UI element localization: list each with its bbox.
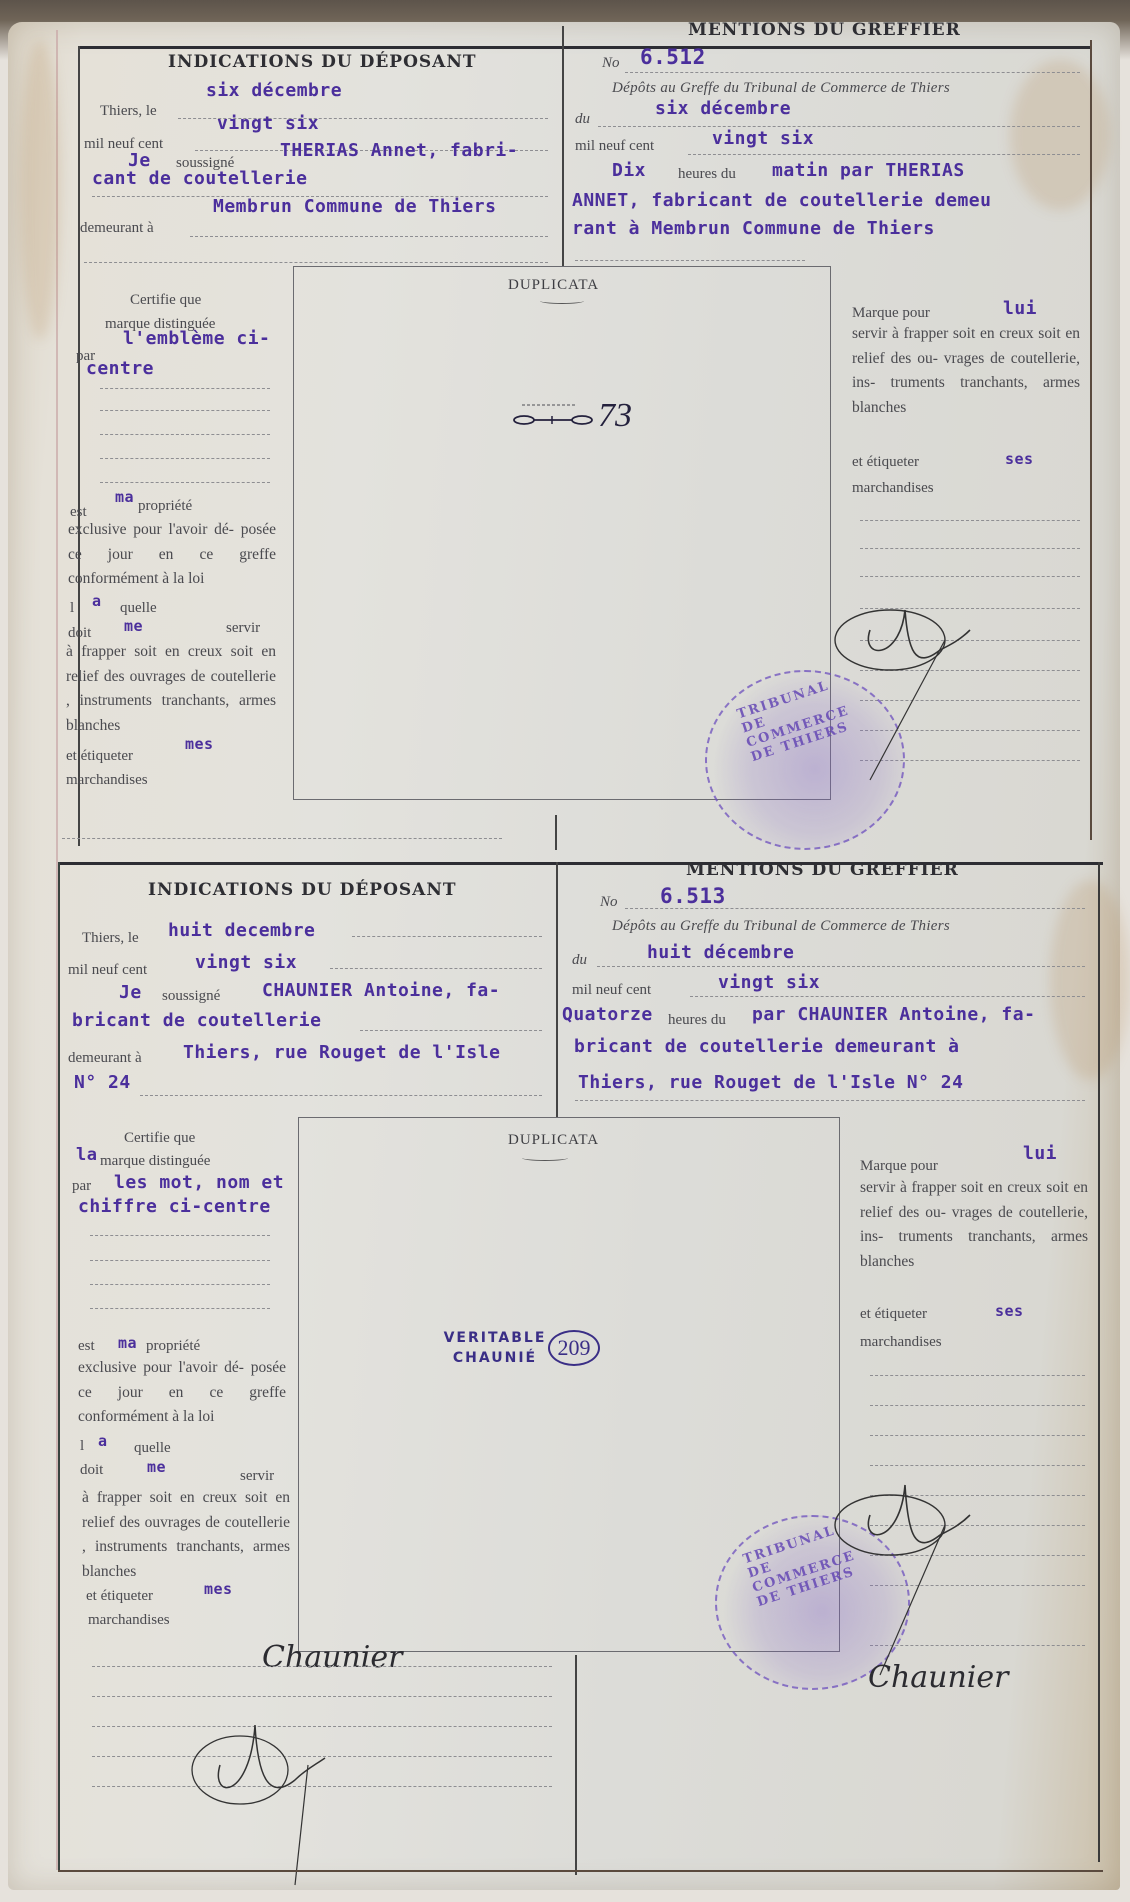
label-demeurant: demeurant à bbox=[68, 1050, 142, 1067]
field-greffe-date: huit décembre bbox=[647, 942, 794, 963]
form-column-divider bbox=[556, 862, 558, 1117]
dotted-line bbox=[100, 434, 270, 435]
label-par: par bbox=[72, 1178, 91, 1195]
label-thiers-le: Thiers, le bbox=[100, 103, 157, 120]
form-column-divider bbox=[575, 1655, 577, 1875]
text-exclusive-clause: exclusive pour l'avoir dé- posée ce jour… bbox=[78, 1356, 286, 1430]
field-mark-description-line1: l'emblème ci- bbox=[123, 328, 270, 349]
field-mark-description-line2: centre bbox=[86, 358, 154, 379]
label-marchandises: marchandises bbox=[66, 772, 148, 789]
form-right-border bbox=[1098, 862, 1100, 1862]
dotted-line bbox=[100, 458, 270, 459]
dotted-line bbox=[360, 1030, 542, 1031]
paper-stain bbox=[1050, 880, 1130, 1080]
dotted-line bbox=[100, 388, 270, 389]
dotted-line bbox=[330, 968, 542, 969]
mark-number-oval: 209 bbox=[548, 1330, 600, 1366]
dotted-line bbox=[598, 126, 1080, 127]
field-deposit-date: six décembre bbox=[206, 80, 342, 101]
heading-indications-deposant: INDICATIONS DU DÉPOSANT bbox=[168, 52, 477, 72]
label-certifie-que: Certifie que bbox=[124, 1130, 195, 1147]
mark-stamp-text: VERITABLE CHAUNIÉ bbox=[440, 1328, 550, 1368]
label-mil-neuf-cent: mil neuf cent bbox=[575, 138, 654, 155]
duplicata-title: DUPLICATA bbox=[508, 1132, 599, 1149]
label-etiqueter: et étiqueter bbox=[66, 748, 133, 765]
dotted-line bbox=[84, 262, 548, 263]
dotted-line bbox=[90, 1235, 270, 1236]
field-ma: ma bbox=[115, 488, 134, 506]
label-quelle: quelle bbox=[120, 600, 157, 617]
label-marchandises: marchandises bbox=[88, 1612, 170, 1629]
dotted-line bbox=[870, 1405, 1085, 1406]
label-propriete: propriété bbox=[138, 498, 192, 515]
field-deposit-year: vingt six bbox=[195, 952, 297, 973]
field-ses: ses bbox=[995, 1302, 1024, 1320]
label-mil-neuf-cent: mil neuf cent bbox=[68, 962, 147, 979]
field-mes: mes bbox=[185, 735, 214, 753]
dotted-line bbox=[690, 996, 1085, 997]
field-lui: lui bbox=[1003, 298, 1037, 319]
field-a: a bbox=[98, 1432, 108, 1450]
dotted-line bbox=[625, 908, 1085, 909]
form-top-rule bbox=[78, 46, 1090, 49]
label-no: No bbox=[600, 894, 618, 911]
field-depositor-address-line1: Thiers, rue Rouget de l'Isle bbox=[183, 1042, 500, 1063]
field-deposit-date: huit decembre bbox=[168, 920, 315, 941]
label-du: du bbox=[572, 952, 587, 969]
field-greffe-line2: ANNET, fabricant de coutellerie demeu bbox=[572, 190, 991, 211]
depositor-signature-left: Chaunier bbox=[262, 1640, 403, 1675]
field-ses: ses bbox=[1005, 450, 1034, 468]
field-hour-detail: matin par THERIAS bbox=[772, 160, 965, 181]
dotted-line bbox=[597, 966, 1085, 967]
field-la: la bbox=[76, 1145, 97, 1165]
dotted-line bbox=[140, 1095, 542, 1096]
field-mark-description-line1: les mot, nom et bbox=[114, 1172, 284, 1193]
dotted-line bbox=[625, 72, 1080, 73]
field-depositor-address: Membrun Commune de Thiers bbox=[213, 196, 496, 217]
greffier-signature bbox=[830, 590, 1030, 790]
field-lui: lui bbox=[1023, 1143, 1057, 1164]
text-marque-pour-clause: servir à frapper soit en creux soit en r… bbox=[852, 322, 1080, 420]
dotted-line bbox=[62, 838, 502, 839]
label-marque-pour: Marque pour bbox=[860, 1158, 938, 1175]
title-swash bbox=[540, 298, 584, 304]
heading-mentions-greffier: MENTIONS DU GREFFIER bbox=[686, 860, 959, 880]
dotted-line bbox=[100, 410, 270, 411]
stamp-line-chaunie: CHAUNIÉ bbox=[440, 1348, 550, 1368]
dotted-line bbox=[870, 1375, 1085, 1376]
dotted-line bbox=[90, 1284, 270, 1285]
paper-stain bbox=[1010, 60, 1110, 210]
dotted-line bbox=[90, 1308, 270, 1309]
field-greffe-date: six décembre bbox=[655, 98, 791, 119]
label-marque-pour: Marque pour bbox=[852, 305, 930, 322]
field-depositor-name-line1: CHAUNIER Antoine, fa- bbox=[262, 980, 500, 1001]
label-etiqueter: et étiqueter bbox=[852, 454, 919, 471]
title-swash bbox=[522, 1155, 568, 1161]
text-exclusive-clause: exclusive pour l'avoir dé- posée ce jour… bbox=[68, 518, 276, 592]
duplicata-title: DUPLICATA bbox=[508, 277, 599, 294]
form-column-divider bbox=[562, 26, 564, 266]
label-l: l bbox=[80, 1438, 84, 1455]
field-me: me bbox=[147, 1458, 166, 1476]
greffier-signature-bottom bbox=[190, 1710, 390, 1890]
label-demeurant: demeurant à bbox=[80, 220, 154, 237]
field-greffe-year: vingt six bbox=[718, 972, 820, 993]
field-greffe-line3: rant à Membrun Commune de Thiers bbox=[572, 218, 935, 239]
label-du: du bbox=[575, 111, 590, 128]
form-left-border bbox=[58, 862, 60, 1872]
label-mil-neuf-cent: mil neuf cent bbox=[84, 136, 163, 153]
field-greffe-line2: bricant de coutellerie demeurant à bbox=[574, 1036, 959, 1057]
dotted-line bbox=[575, 260, 805, 261]
label-servir: servir bbox=[240, 1468, 274, 1485]
dotted-line bbox=[190, 236, 548, 237]
label-depots-greffe: Dépôts au Greffe du Tribunal de Commerce… bbox=[612, 918, 950, 935]
field-deposit-year: vingt six bbox=[217, 113, 319, 134]
label-heures-du: heures du bbox=[668, 1012, 726, 1029]
text-frapper-clause: à frapper soit en creux soit en relief d… bbox=[82, 1486, 290, 1584]
field-depositor-name-line1: THERIAS Annet, fabri- bbox=[280, 140, 518, 161]
label-no: No bbox=[602, 55, 620, 72]
label-certifie-que: Certifie que bbox=[130, 292, 201, 309]
label-mil-neuf-cent: mil neuf cent bbox=[572, 982, 651, 999]
field-mes: mes bbox=[204, 1580, 233, 1598]
dotted-line bbox=[860, 548, 1080, 549]
dotted-line bbox=[575, 1100, 1085, 1101]
stamp-line-veritable: VERITABLE bbox=[440, 1328, 550, 1348]
dotted-line bbox=[90, 1260, 270, 1261]
form-column-divider bbox=[555, 815, 557, 850]
label-depots-greffe: Dépôts au Greffe du Tribunal de Commerce… bbox=[612, 80, 950, 97]
field-hour-detail: par CHAUNIER Antoine, fa- bbox=[752, 1004, 1035, 1025]
dotted-line bbox=[870, 1435, 1085, 1436]
dotted-line bbox=[92, 1696, 552, 1697]
heading-mentions-greffier: MENTIONS DU GREFFIER bbox=[688, 20, 961, 40]
dotted-line bbox=[860, 520, 1080, 521]
depositor-signature-right: Chaunier bbox=[868, 1660, 1009, 1695]
field-depositor-name-line2: cant de coutellerie bbox=[92, 168, 307, 189]
label-etiqueter: et étiqueter bbox=[860, 1306, 927, 1323]
field-hour: Dix bbox=[612, 160, 646, 181]
form-bottom-rule bbox=[58, 1870, 1103, 1872]
dotted-line bbox=[860, 576, 1080, 577]
dotted-line bbox=[352, 936, 542, 937]
label-l: l bbox=[70, 600, 74, 617]
text-frapper-clause: à frapper soit en creux soit en relief d… bbox=[66, 640, 276, 738]
field-registration-number: 6.513 bbox=[660, 884, 726, 908]
form-right-border bbox=[1090, 40, 1092, 840]
heading-indications-deposant: INDICATIONS DU DÉPOSANT bbox=[148, 880, 457, 900]
field-ma: ma bbox=[118, 1334, 137, 1352]
label-etiqueter: et étiqueter bbox=[86, 1588, 153, 1605]
field-registration-number: 6.512 bbox=[640, 45, 706, 69]
field-greffe-year: vingt six bbox=[712, 128, 814, 149]
field-hour: Quatorze bbox=[562, 1004, 653, 1025]
label-quelle: quelle bbox=[134, 1440, 171, 1457]
dotted-line bbox=[92, 1666, 552, 1667]
dotted-line bbox=[688, 154, 1080, 155]
greffier-signature bbox=[830, 1465, 1030, 1685]
paper-stain bbox=[20, 40, 60, 340]
field-je: Je bbox=[119, 982, 142, 1003]
field-me: me bbox=[124, 617, 143, 635]
field-greffe-line3: Thiers, rue Rouget de l'Isle N° 24 bbox=[578, 1072, 963, 1093]
field-a: a bbox=[92, 592, 102, 610]
knife-emblem-icon bbox=[512, 400, 602, 430]
label-soussigne: soussigné bbox=[162, 988, 220, 1005]
label-propriete: propriété bbox=[146, 1338, 200, 1355]
label-servir: servir bbox=[226, 620, 260, 637]
label-heures-du: heures du bbox=[678, 166, 736, 183]
label-doit: doit bbox=[80, 1462, 103, 1479]
field-depositor-name-line2: bricant de coutellerie bbox=[72, 1010, 321, 1031]
label-marchandises: marchandises bbox=[860, 1334, 942, 1351]
mark-number: 73 bbox=[598, 397, 632, 435]
label-thiers-le: Thiers, le bbox=[82, 930, 139, 947]
text-marque-pour-clause: servir à frapper soit en creux soit en r… bbox=[860, 1176, 1088, 1274]
label-marque-distinguee: marque distinguée bbox=[100, 1153, 210, 1170]
field-depositor-address-line2: N° 24 bbox=[74, 1072, 131, 1093]
label-est: est bbox=[78, 1338, 95, 1355]
label-marchandises: marchandises bbox=[852, 480, 934, 497]
dotted-line bbox=[100, 482, 270, 483]
field-mark-description-line2: chiffre ci-centre bbox=[78, 1196, 271, 1217]
